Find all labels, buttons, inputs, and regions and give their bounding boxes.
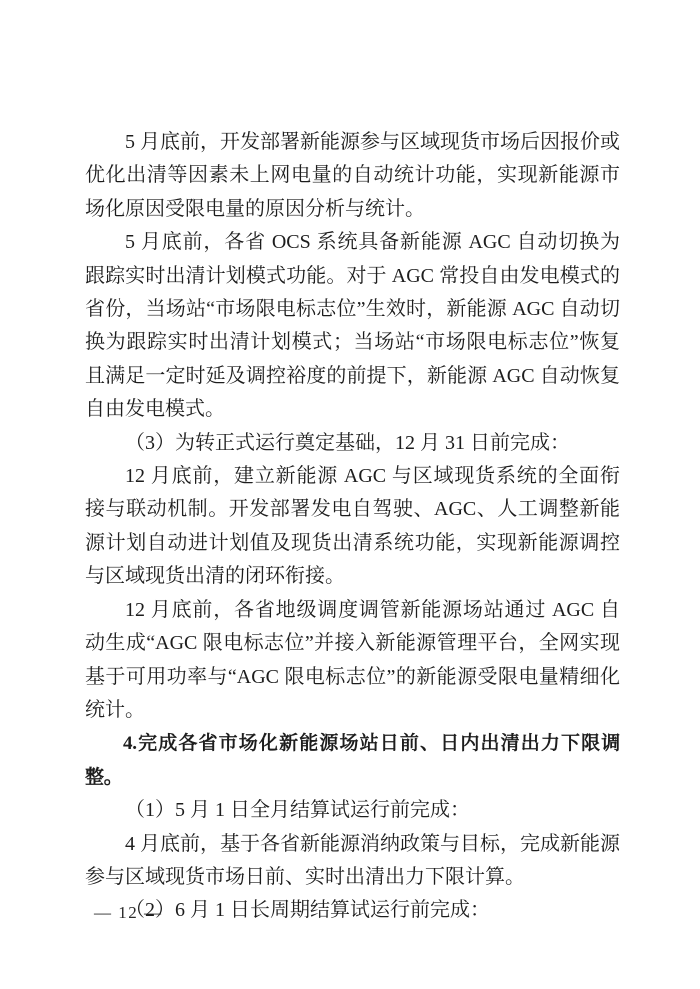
subitem-1-may-deadline: （1）5 月 1 日全月结算试运行前完成： [85, 794, 620, 827]
paragraph-deploy-statistics: 5 月底前，开发部署新能源参与区域现货市场后因报价或优化出清等因素未上网电量的自… [85, 126, 620, 226]
page-number: — 12 — [94, 903, 163, 922]
section-heading-4: 4.完成各省市场化新能源场站日前、日内出清出力下限调整。 [85, 727, 620, 794]
paragraph-agc-flag-platform: 12 月底前，各省地级调度调管新能源场站通过 AGC 自动生成“AGC 限电标志… [85, 594, 620, 728]
document-body: 5 月底前，开发部署新能源参与区域现货市场后因报价或优化出清等因素未上网电量的自… [85, 126, 620, 928]
paragraph-ocs-agc-switch: 5 月底前，各省 OCS 系统具备新能源 AGC 自动切换为跟踪实时出清计划模式… [85, 226, 620, 426]
page-footer: — 12 — [94, 903, 163, 923]
paragraph-lower-limit-calc: 4 月底前，基于各省新能源消纳政策与目标，完成新能源参与区域现货市场日前、实时出… [85, 828, 620, 895]
subitem-3-december-deadline: （3）为转正式运行奠定基础，12 月 31 日前完成： [85, 427, 620, 460]
subitem-2-june-deadline: （2）6 月 1 日长周期结算试运行前完成： [85, 894, 620, 927]
paragraph-agc-linkage-mechanism: 12 月底前，建立新能源 AGC 与区域现货系统的全面衔接与联动机制。开发部署发… [85, 460, 620, 594]
